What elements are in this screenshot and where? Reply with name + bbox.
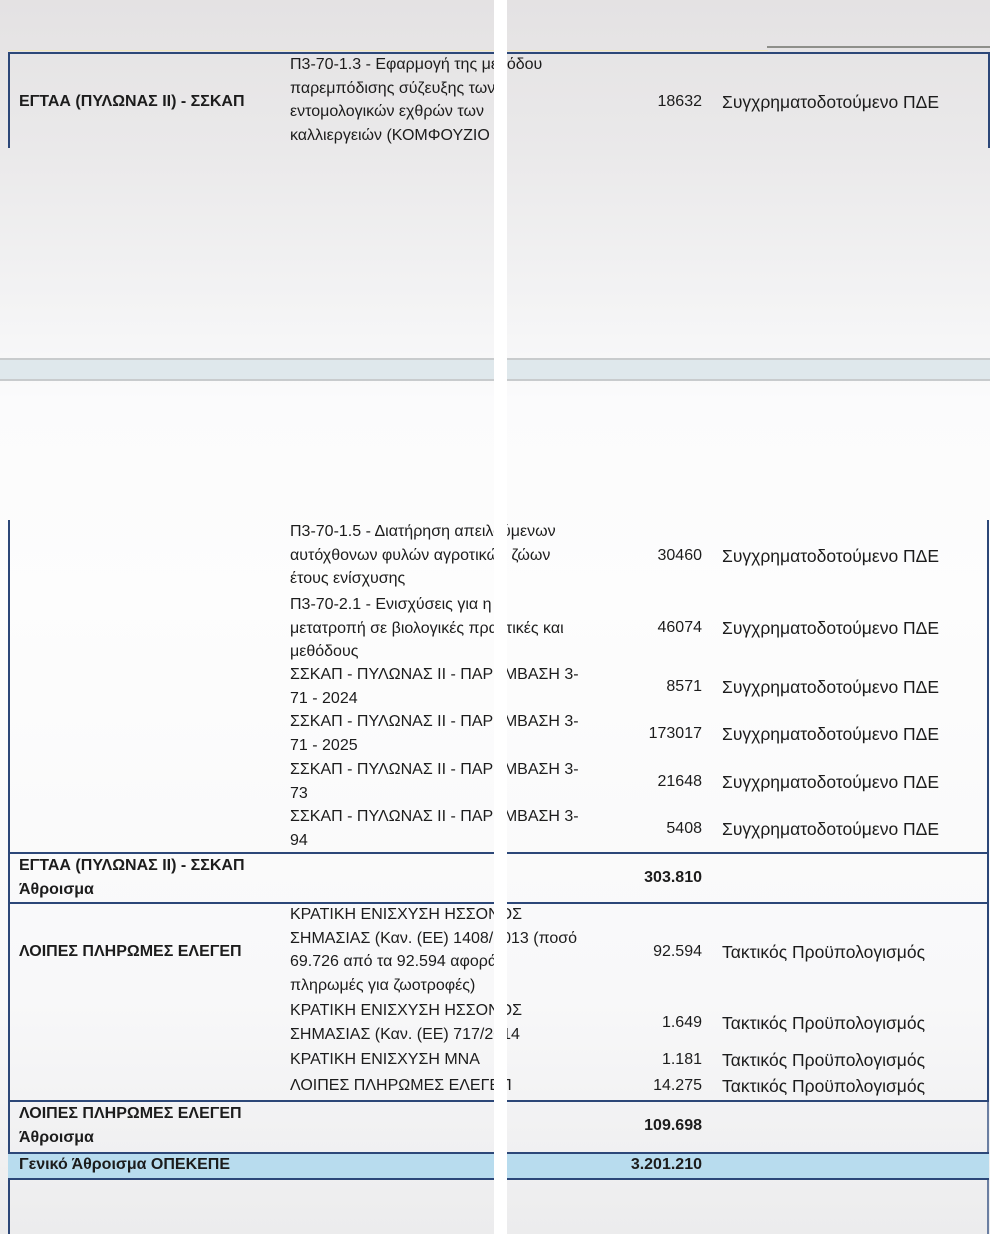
row-funding: Συγχρηματοδοτούμενο ΠΔΕ — [722, 770, 939, 794]
table-right-border — [987, 520, 989, 1100]
row-funding: Τακτικός Προϋπολογισμός — [722, 1048, 925, 1072]
row-funding: Συγχρηματοδοτούμενο ΠΔΕ — [722, 817, 939, 841]
row-description: ΣΣΚΑΠ - ΠΥΛΩΝΑΣ ΙΙ - ΠΑΡΕΜΒΑΣΗ 3- 73 — [290, 758, 579, 805]
row-description: ΚΡΑΤΙΚΗ ΕΝΙΣΧΥΣΗ ΗΣΣΟΝΟΣ ΣΗΜΑΣΙΑΣ (Καν. … — [290, 903, 577, 997]
row-funding: Συγχρηματοδοτούμενο ΠΔΕ — [722, 616, 939, 640]
row-amount: 46074 — [582, 616, 702, 640]
row-amount: 92.594 — [582, 940, 702, 964]
row-funding: Συγχρηματοδοτούμενο ΠΔΕ — [722, 544, 939, 568]
row-description: Π3-70-1.5 - Διατήρηση απειλούμενων αυτόχ… — [290, 520, 556, 591]
row-amount: 173017 — [582, 722, 702, 746]
row-description: ΣΣΚΑΠ - ΠΥΛΩΝΑΣ ΙΙ - ΠΑΡΕΜΒΑΣΗ 3- 94 — [290, 805, 579, 852]
subtotal-label: ΕΓΤΑΑ (ΠΥΛΩΝΑΣ ΙΙ) - ΣΣΚΑΠ Άθροισμα — [19, 854, 245, 902]
split-divider — [494, 0, 507, 1234]
row-amount: 14.275 — [582, 1074, 702, 1098]
grand-total-label: Γενικό Άθροισμα ΟΠΕΚΕΠΕ — [19, 1153, 230, 1177]
row-amount: 1.181 — [582, 1048, 702, 1072]
row-description: ΚΡΑΤΙΚΗ ΕΝΙΣΧΥΣΗ ΗΣΣΟΝΟΣ ΣΗΜΑΣΙΑΣ (Καν. … — [290, 999, 522, 1046]
row-funding: Τακτικός Προϋπολογισμός — [722, 1011, 925, 1035]
row-amount: 21648 — [582, 770, 702, 794]
group-label: ΛΟΙΠΕΣ ΠΛΗΡΩΜΕΣ ΕΛΕΓΕΠ — [19, 940, 242, 964]
subtotal-amount: 109.698 — [582, 1114, 702, 1138]
row-amount: 18632 — [582, 90, 702, 114]
grand-total-amount: 3.201.210 — [582, 1153, 702, 1177]
row-funding: Τακτικός Προϋπολογισμός — [722, 1074, 925, 1098]
row-amount: 8571 — [582, 675, 702, 699]
subtotal-amount: 303.810 — [582, 866, 702, 890]
subtotal-label: ΛΟΙΠΕΣ ΠΛΗΡΩΜΕΣ ΕΛΕΓΕΠ Άθροισμα — [19, 1102, 242, 1150]
top-rule-yellow — [8, 50, 768, 51]
group-label: ΕΓΤΑΑ (ΠΥΛΩΝΑΣ ΙΙ) - ΣΣΚΑΠ — [19, 90, 245, 114]
row-description: ΚΡΑΤΙΚΗ ΕΝΙΣΧΥΣΗ ΜΝΑ — [290, 1048, 480, 1072]
row-amount: 5408 — [582, 817, 702, 841]
table-left-border — [8, 520, 10, 1234]
row-amount: 30460 — [582, 544, 702, 568]
row-funding: Συγχρηματοδοτούμενο ΠΔΕ — [722, 675, 939, 699]
row-funding: Συγχρηματοδοτούμενο ΠΔΕ — [722, 722, 939, 746]
row-funding: Τακτικός Προϋπολογισμός — [722, 940, 925, 964]
row-description: ΣΣΚΑΠ - ΠΥΛΩΝΑΣ ΙΙ - ΠΑΡΕΜΒΑΣΗ 3- 71 - 2… — [290, 710, 579, 757]
top-rule-gray — [767, 46, 990, 48]
row-amount: 1.649 — [582, 1011, 702, 1035]
row-description: ΣΣΚΑΠ - ΠΥΛΩΝΑΣ ΙΙ - ΠΑΡΕΜΒΑΣΗ 3- 71 - 2… — [290, 663, 579, 710]
row-funding: Συγχρηματοδοτούμενο ΠΔΕ — [722, 90, 939, 114]
row-description: Π3-70-2.1 - Ενισχύσεις για η μετατροπή σ… — [290, 593, 564, 664]
row-description: ΛΟΙΠΕΣ ΠΛΗΡΩΜΕΣ ΕΛΕΓΕΠ — [290, 1074, 512, 1098]
